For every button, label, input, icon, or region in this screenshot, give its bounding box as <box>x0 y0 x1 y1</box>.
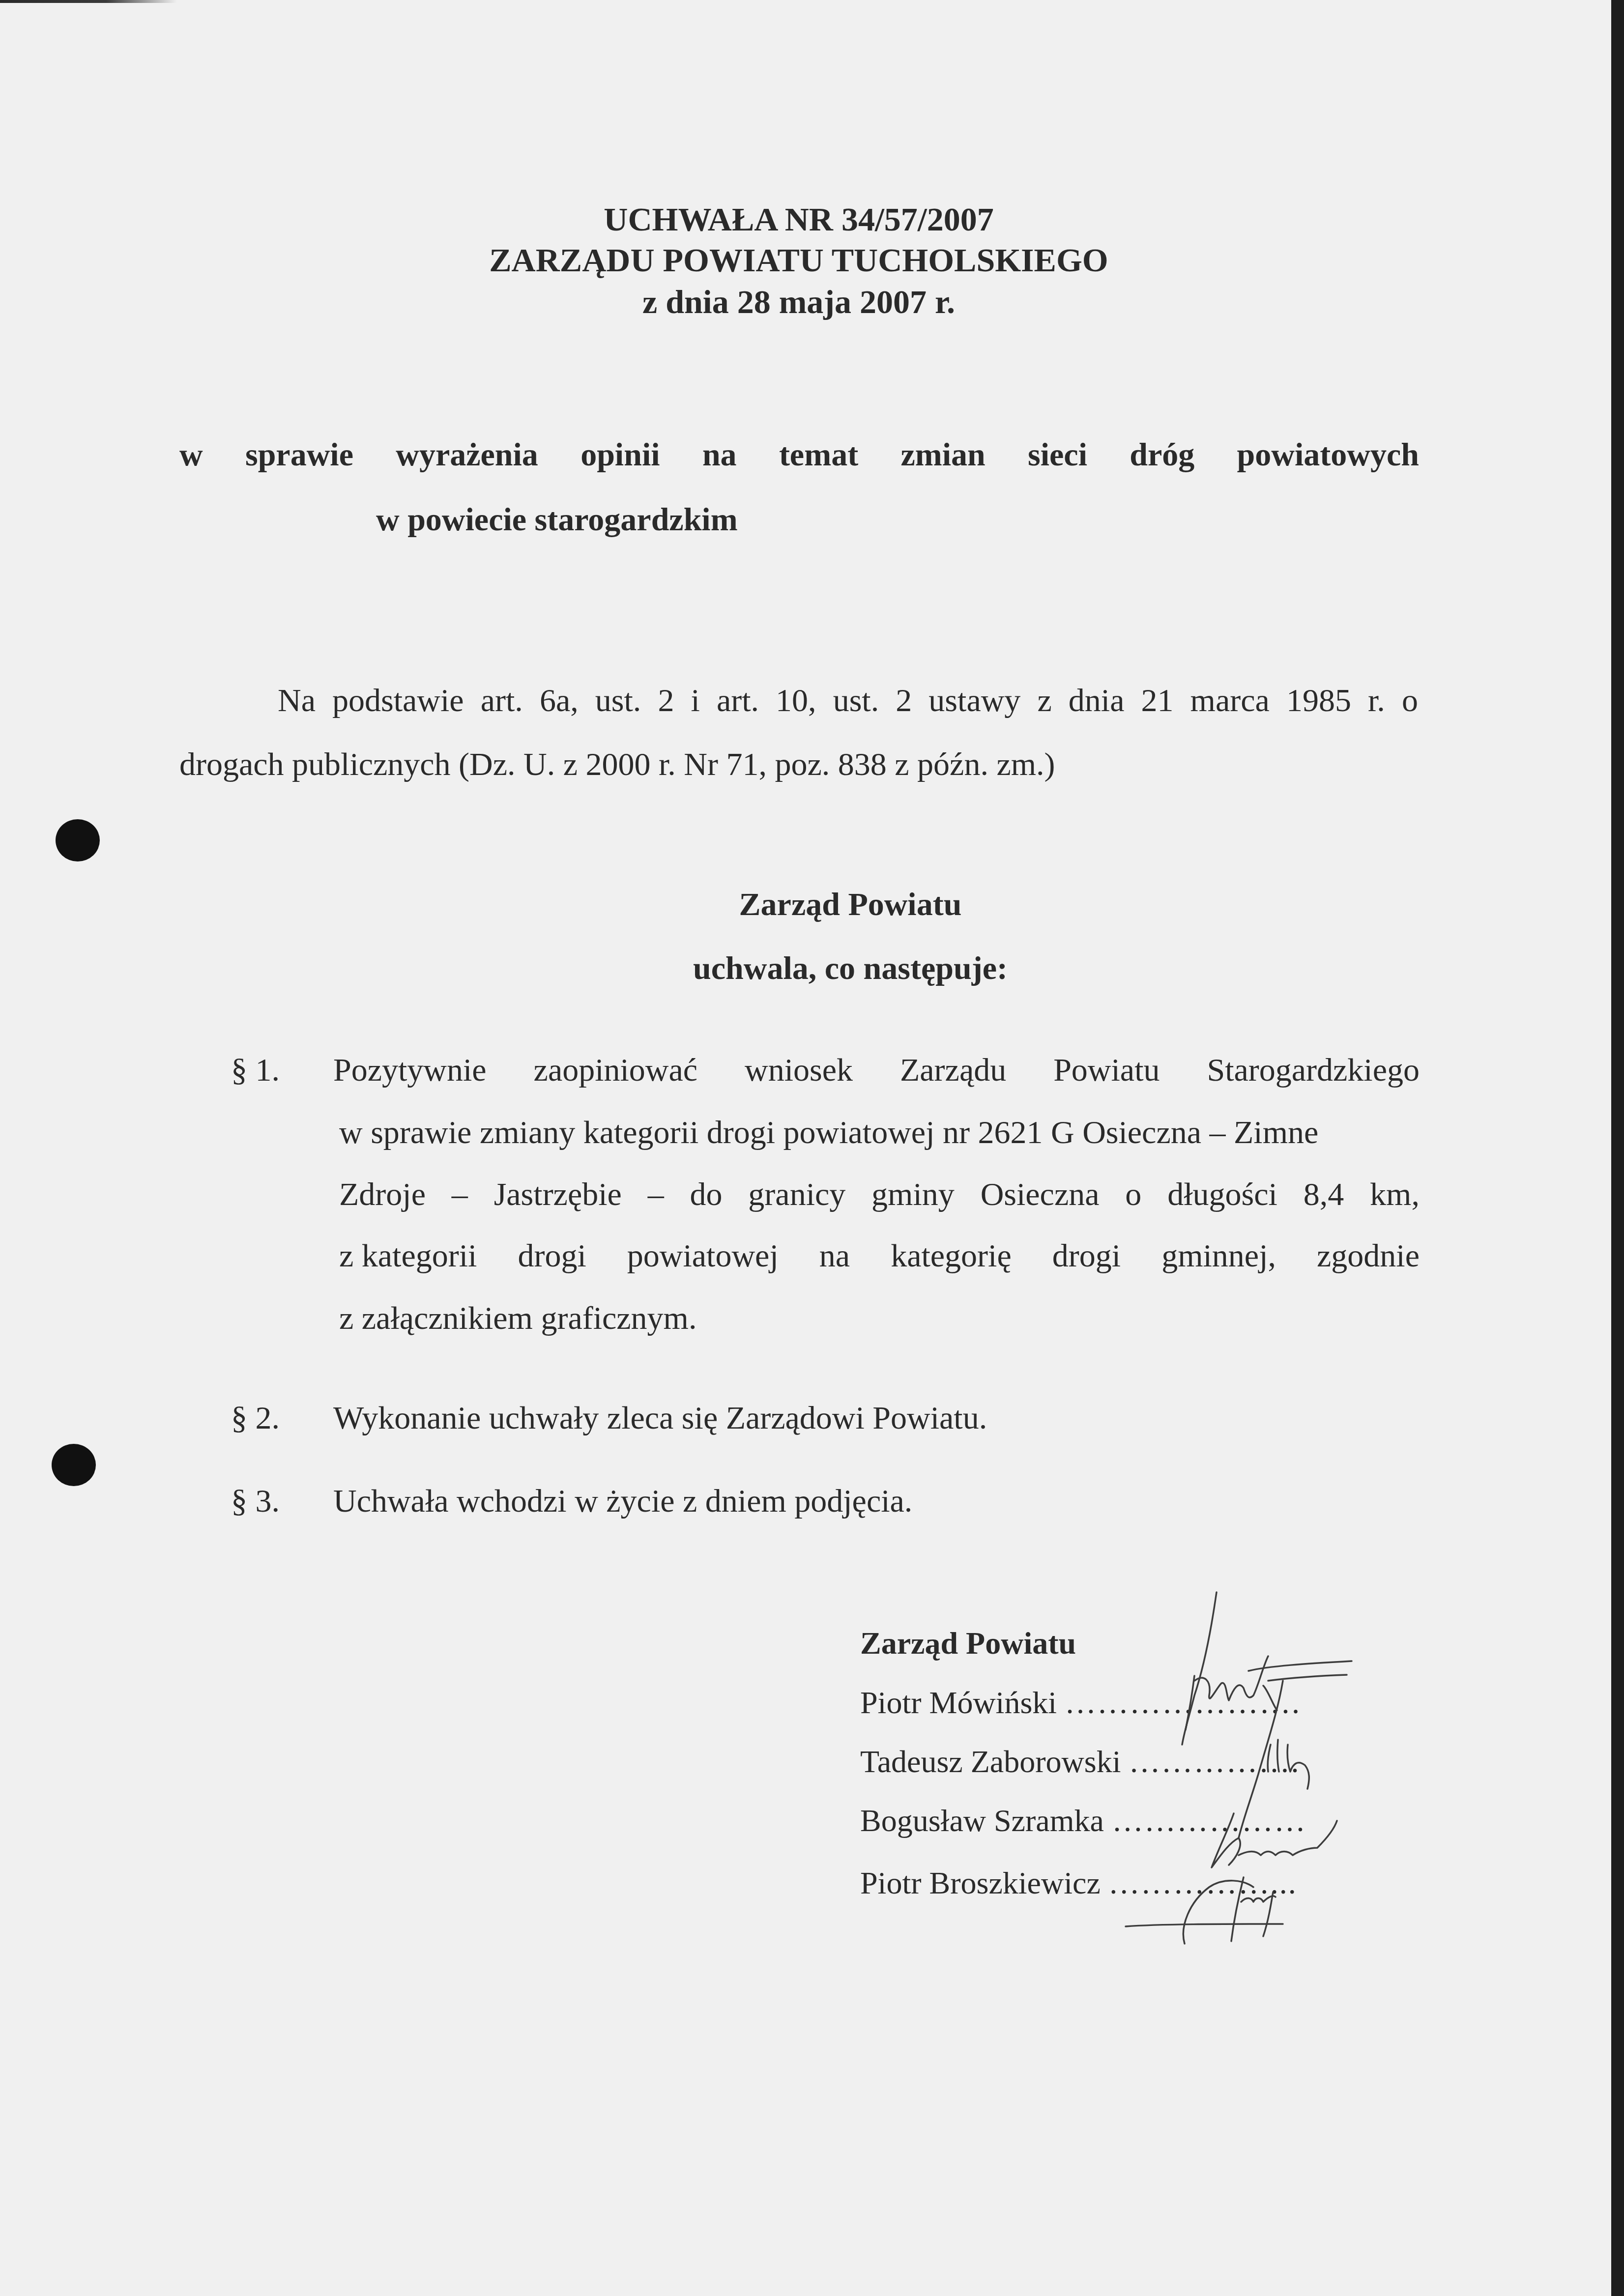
word: gminnej, <box>1161 1240 1276 1272</box>
word: w <box>179 439 203 471</box>
word: Pozytywnie <box>333 1054 487 1087</box>
word: długości <box>1167 1178 1277 1211</box>
word: na <box>702 439 737 471</box>
word: Na <box>278 685 316 717</box>
paragraph-2-text: Wykonanie uchwały zleca się Zarządowi Po… <box>333 1402 987 1435</box>
word: 21 <box>1141 685 1174 717</box>
word: z <box>1037 685 1051 717</box>
signatory-name: Piotr Broszkiewicz <box>860 1865 1101 1900</box>
scan-top-streak <box>0 0 177 3</box>
legal-basis-line-2: drogach publicznych (Dz. U. z 2000 r. Nr… <box>179 748 1055 781</box>
word: 2 <box>896 685 912 717</box>
word: o <box>1125 1178 1141 1211</box>
word: opinii <box>580 439 660 471</box>
word: km, <box>1370 1178 1420 1211</box>
word: powiatowych <box>1237 439 1419 471</box>
word: dnia <box>1069 685 1125 717</box>
word: Jastrzębie <box>494 1178 622 1211</box>
subject-line-1: wsprawiewyrażeniaopiniinatematzmiansieci… <box>179 439 1419 471</box>
word: o <box>1402 685 1418 717</box>
signature-dots: …………………. <box>1065 1685 1301 1720</box>
punch-hole-icon <box>56 819 100 861</box>
word: dróg <box>1130 439 1194 471</box>
signature-block-heading: Zarząd Powiatu <box>860 1628 1076 1659</box>
word: zgodnie <box>1317 1240 1420 1272</box>
signatory-name: Tadeusz Zaborowski <box>860 1744 1121 1779</box>
word: 8,4 <box>1304 1178 1344 1211</box>
word: drogi <box>1052 1240 1121 1272</box>
resolution-number: UCHWAŁA NR 34/57/2007 <box>0 202 1597 236</box>
paragraph-2-number: § 2. <box>231 1402 280 1435</box>
word: i <box>691 685 699 717</box>
word: drogi <box>518 1240 586 1272</box>
word: art. <box>481 685 523 717</box>
paragraph-1-line: z załącznikiem graficznym. <box>339 1302 696 1335</box>
word: granicy <box>748 1178 845 1211</box>
word: temat <box>779 439 858 471</box>
signatory-name: Bogusław Szramka <box>860 1803 1104 1838</box>
word: powiatowej <box>627 1240 779 1272</box>
punch-hole-icon <box>52 1444 96 1486</box>
word: – <box>648 1178 664 1211</box>
paragraph-1-line: PozytywniezaopiniowaćwniosekZarząduPowia… <box>333 1054 1420 1087</box>
word: na <box>819 1240 850 1272</box>
paragraph-1-line: z kategoriidrogipowiatowejnakategoriędro… <box>339 1240 1420 1272</box>
word: podstawie <box>332 685 464 717</box>
signature-dots: ……………… <box>1112 1803 1306 1838</box>
resolving-body-formula: uchwala, co następuje: <box>0 952 1624 985</box>
word: gminy <box>871 1178 955 1211</box>
word: Powiatu <box>1053 1054 1160 1087</box>
resolution-date: z dnia 28 maja 2007 r. <box>0 285 1597 318</box>
word: ustawy <box>928 685 1020 717</box>
word: zaopiniować <box>534 1054 698 1087</box>
signatory-row: Tadeusz Zaborowski ……………. <box>860 1746 1300 1778</box>
word: do <box>690 1178 723 1211</box>
signatory-row: Bogusław Szramka ……………… <box>860 1805 1306 1837</box>
word: Zarządu <box>900 1054 1006 1087</box>
word: ust. <box>595 685 641 717</box>
paragraph-1-line: w sprawie zmiany kategorii drogi powiato… <box>339 1117 1420 1149</box>
paragraph-1-number: § 1. <box>231 1054 280 1087</box>
signatory-name: Piotr Mówiński <box>860 1685 1057 1720</box>
word: ust. <box>833 685 879 717</box>
word: Zdroje <box>339 1178 426 1211</box>
subject-line-2: w powiecie starogardzkim <box>376 504 738 536</box>
paragraph-3-text: Uchwała wchodzi w życie z dniem podjęcia… <box>333 1485 912 1518</box>
paragraph-3-number: § 3. <box>231 1485 280 1518</box>
word: z kategorii <box>339 1240 477 1272</box>
word: 2 <box>658 685 674 717</box>
word: w sprawie zmiany kategorii drogi powiato… <box>339 1117 1318 1149</box>
paragraph-1-line: Zdroje–Jastrzębie–dogranicygminyOsieczna… <box>339 1178 1420 1211</box>
word: Osieczna <box>981 1178 1100 1211</box>
scan-edge-shadow <box>1611 0 1624 2296</box>
signature-dots: ……………... <box>1108 1865 1297 1900</box>
word: kategorię <box>891 1240 1012 1272</box>
word: sieci <box>1028 439 1087 471</box>
word: Wykonanie uchwały zleca się Zarządowi Po… <box>333 1402 987 1435</box>
word: Uchwała wchodzi w życie z dniem podjęcia… <box>333 1485 912 1518</box>
word: wyrażenia <box>396 439 538 471</box>
signatory-row: Piotr Broszkiewicz ……………... <box>860 1867 1297 1899</box>
word: marca <box>1190 685 1270 717</box>
word: r. <box>1368 685 1385 717</box>
word: – <box>452 1178 468 1211</box>
resolving-body-title: Zarząd Powiatu <box>0 889 1624 921</box>
word: sprawie <box>245 439 353 471</box>
word: art. <box>717 685 759 717</box>
word: z załącznikiem graficznym. <box>339 1302 696 1335</box>
word: 6a, <box>540 685 579 717</box>
word: 1985 <box>1286 685 1351 717</box>
legal-basis-line-1: Napodstawieart.6a,ust.2iart.10,ust.2usta… <box>278 685 1418 717</box>
word: zmian <box>900 439 985 471</box>
signature-dots: ……………. <box>1129 1744 1300 1779</box>
word: Starogardzkiego <box>1207 1054 1420 1087</box>
word: wniosek <box>745 1054 853 1087</box>
word: 10, <box>776 685 816 717</box>
issuing-body: ZARZĄDU POWIATU TUCHOLSKIEGO <box>0 243 1597 277</box>
signatory-row: Piotr Mówiński …………………. <box>860 1687 1301 1719</box>
